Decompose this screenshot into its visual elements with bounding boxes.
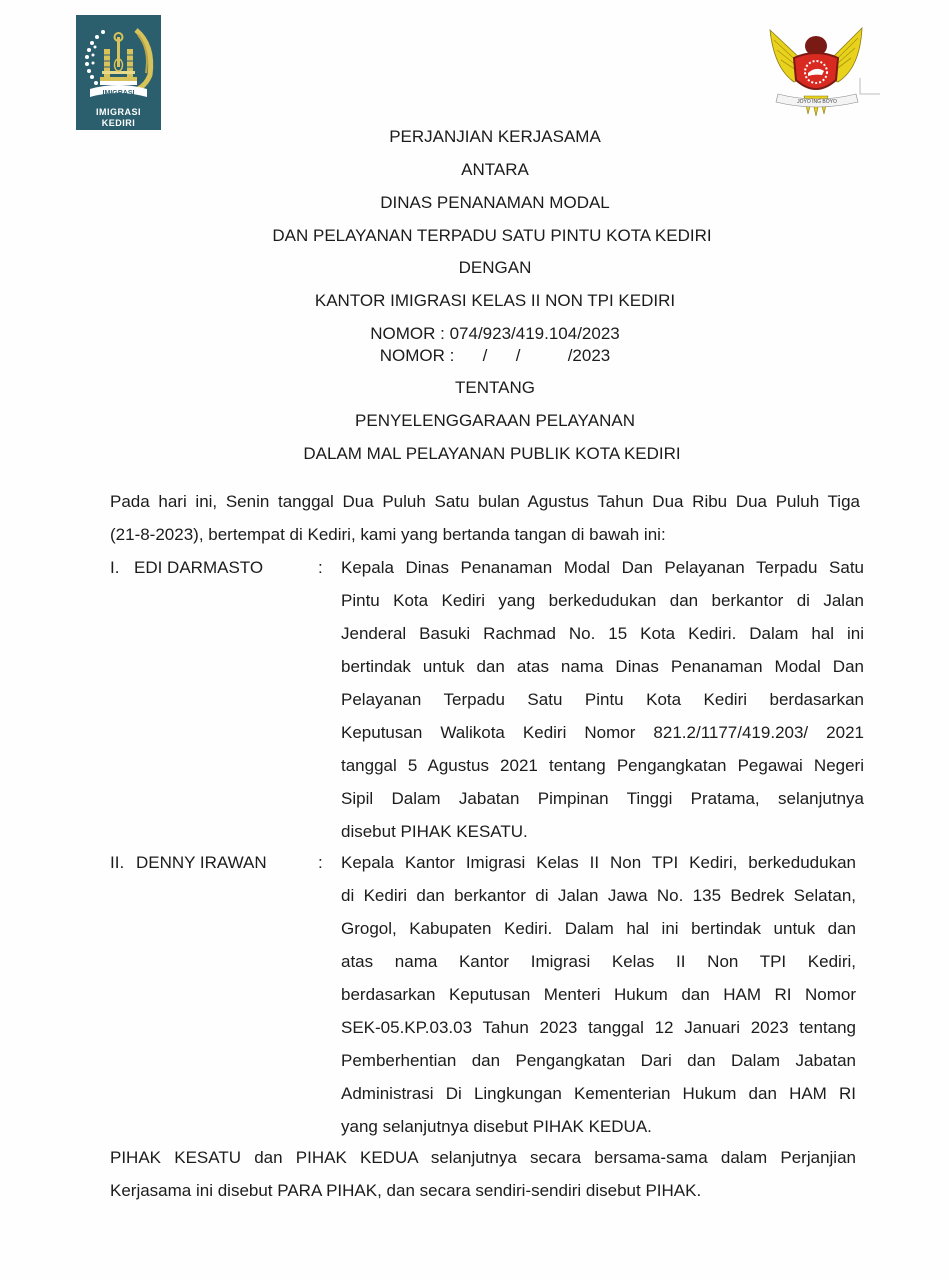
- party-1-line: tanggal 5 Agustus 2021 tentang Pengangka…: [341, 749, 864, 782]
- party-1-line: Pintu Kota Kediri yang berkedudukan dan …: [341, 584, 864, 617]
- logo-text-imigrasi: IMIGRASI: [76, 107, 161, 117]
- party-1-name: EDI DARMASTO: [134, 558, 263, 578]
- party-2-line: yang selanjutnya disebut PIHAK KEDUA.: [341, 1110, 856, 1143]
- subject-line-3: DALAM MAL PELAYANAN PUBLIK KOTA KEDIRI: [0, 444, 949, 464]
- party-1-description: Kepala Dinas Penanaman Modal Dan Pelayan…: [341, 551, 864, 848]
- party-2-line: atas nama Kantor Imigrasi Kelas II Non T…: [341, 945, 856, 978]
- party-2-line: Administrasi Di Lingkungan Kementerian H…: [341, 1077, 856, 1110]
- heading-line-5: DENGAN: [0, 258, 949, 278]
- closing-line-2: Kerjasama ini disebut PARA PIHAK, dan se…: [110, 1174, 856, 1207]
- party-1-line: Kepala Dinas Penanaman Modal Dan Pelayan…: [341, 551, 864, 584]
- kota-kediri-coat-of-arms: JOYO ING BOYO: [764, 18, 882, 124]
- imigrasi-emblem-icon: IMIGRASI: [76, 15, 161, 107]
- nomor-line-2: NOMOR : / / /2023: [0, 346, 949, 366]
- nomor-line-1: NOMOR : 074/923/419.104/2023: [0, 324, 949, 344]
- opening-line-1: Pada hari ini, Senin tanggal Dua Puluh S…: [110, 485, 860, 518]
- party-1-line: Jenderal Basuki Rachmad No. 15 Kota Kedi…: [341, 617, 864, 650]
- party-1-line: Pelayanan Terpadu Satu Pintu Kota Kediri…: [341, 683, 864, 716]
- closing-line-1: PIHAK KESATU dan PIHAK KEDUA selanjutnya…: [110, 1141, 856, 1174]
- opening-line-2: (21-8-2023), bertempat di Kediri, kami y…: [110, 518, 860, 551]
- opening-paragraph: Pada hari ini, Senin tanggal Dua Puluh S…: [110, 485, 860, 551]
- party-2-line: Grogol, Kabupaten Kediri. Dalam hal ini …: [341, 912, 856, 945]
- heading-line-1: PERJANJIAN KERJASAMA: [0, 127, 949, 147]
- party-2-line: di Kediri dan berkantor di Jalan Jawa No…: [341, 879, 856, 912]
- party-2-line: SEK-05.KP.03.03 Tahun 2023 tanggal 12 Ja…: [341, 1011, 856, 1044]
- closing-paragraph: PIHAK KESATU dan PIHAK KEDUA selanjutnya…: [110, 1141, 856, 1207]
- party-2-colon: :: [318, 853, 323, 873]
- party-2-line: berdasarkan Keputusan Menteri Hukum dan …: [341, 978, 856, 1011]
- subject-line-2: PENYELENGGARAAN PELAYANAN: [0, 411, 949, 431]
- imigrasi-kediri-logo: IMIGRASI IMIGRASI KEDIRI: [76, 15, 161, 130]
- garuda-emblem-icon: JOYO ING BOYO: [764, 18, 882, 124]
- party-2-number: II.: [110, 853, 124, 873]
- heading-line-3: DINAS PENANAMAN MODAL: [0, 193, 949, 213]
- party-2-description: Kepala Kantor Imigrasi Kelas II Non TPI …: [341, 846, 856, 1143]
- party-2-line: Pemberhentian dan Pengangkatan Dari dan …: [341, 1044, 856, 1077]
- party-1-line: disebut PIHAK KESATU.: [341, 815, 864, 848]
- party-1-line: Sipil Dalam Jabatan Pimpinan Tinggi Prat…: [341, 782, 864, 815]
- party-1-line: bertindak untuk dan atas nama Dinas Pena…: [341, 650, 864, 683]
- svg-text:IMIGRASI: IMIGRASI: [103, 90, 135, 97]
- party-1-number: I.: [110, 558, 119, 578]
- party-2-name: DENNY IRAWAN: [136, 853, 267, 873]
- heading-line-2: ANTARA: [0, 160, 949, 180]
- svg-text:JOYO ING BOYO: JOYO ING BOYO: [797, 99, 837, 105]
- heading-line-4: DAN PELAYANAN TERPADU SATU PINTU KOTA KE…: [0, 226, 949, 246]
- subject-line-1: TENTANG: [0, 378, 949, 398]
- party-2-line: Kepala Kantor Imigrasi Kelas II Non TPI …: [341, 846, 856, 879]
- party-1-colon: :: [318, 558, 323, 578]
- party-1-line: Keputusan Walikota Kediri Nomor 821.2/11…: [341, 716, 864, 749]
- heading-line-6: KANTOR IMIGRASI KELAS II NON TPI KEDIRI: [0, 291, 949, 311]
